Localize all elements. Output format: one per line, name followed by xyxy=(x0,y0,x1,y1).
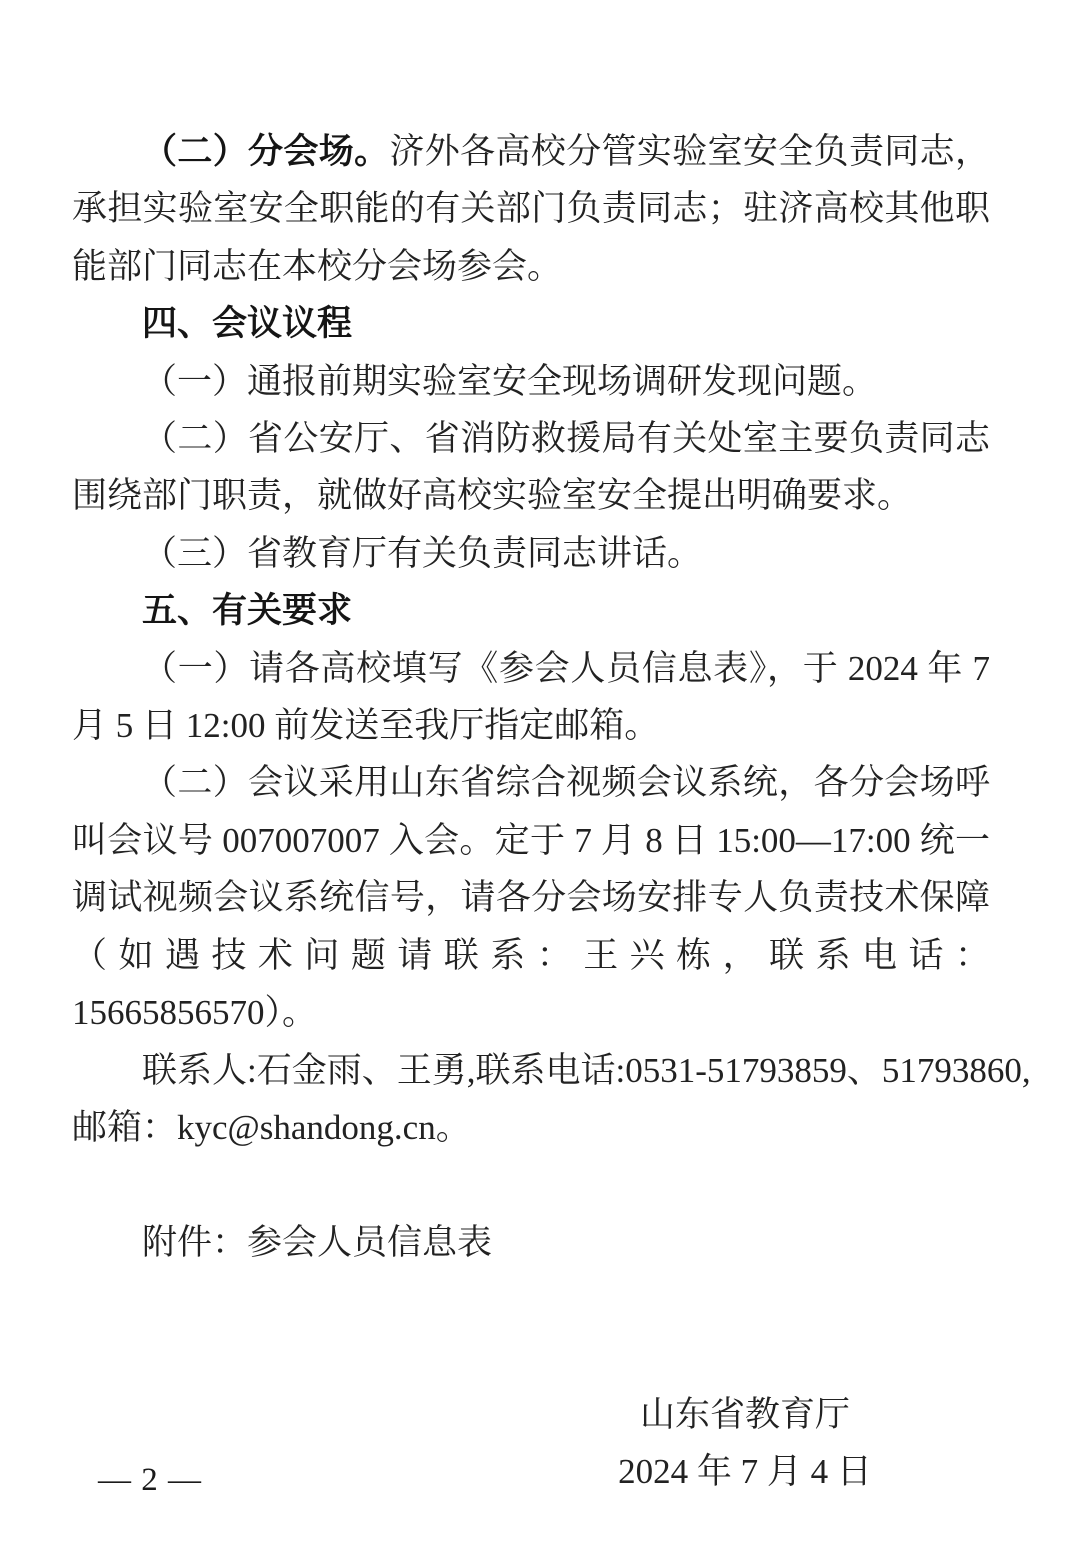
document-body: （二）分会场。济外各高校分管实验室安全负责同志，承担实验室安全职能的有关部门负责… xyxy=(72,123,990,1501)
agenda-item-1: （一）通报前期实验室安全现场调研发现问题。 xyxy=(72,353,990,410)
contact-email-line: 邮箱：kyc@shandong.cn。 xyxy=(72,1099,990,1156)
contact-line: 联系人:石金雨、王勇,联系电话:0531-51793859、51793860, xyxy=(72,1042,990,1099)
venue-run-in-heading: （二）分会场。 xyxy=(142,132,389,171)
signature-organization: 山东省教育厅 xyxy=(520,1386,970,1443)
requirement-item-2: （二）会议采用山东省综合视频会议系统，各分会场呼叫会议号 007007007 入… xyxy=(72,754,990,1041)
document-page: （二）分会场。济外各高校分管实验室安全负责同志，承担实验室安全职能的有关部门负责… xyxy=(0,0,1071,1545)
agenda-item-2: （二）省公安厅、省消防救援局有关处室主要负责同志围绕部门职责，就做好高校实验室安… xyxy=(72,410,990,525)
requirement-item-1: （一）请各高校填写《参会人员信息表》，于 2024 年 7 月 5 日 12:0… xyxy=(72,640,990,755)
heading-meeting-agenda: 四、会议议程 xyxy=(72,295,990,352)
signature-block: 山东省教育厅 2024 年 7 月 4 日 xyxy=(520,1386,970,1501)
agenda-item-3: （三）省教育厅有关负责同志讲话。 xyxy=(72,525,990,582)
paragraph-venue: （二）分会场。济外各高校分管实验室安全负责同志，承担实验室安全职能的有关部门负责… xyxy=(72,123,990,295)
attachment-line: 附件：参会人员信息表 xyxy=(72,1214,990,1271)
page-number: — 2 — xyxy=(98,1462,202,1499)
heading-requirements: 五、有关要求 xyxy=(72,582,990,639)
signature-date: 2024 年 7 月 4 日 xyxy=(520,1443,970,1500)
